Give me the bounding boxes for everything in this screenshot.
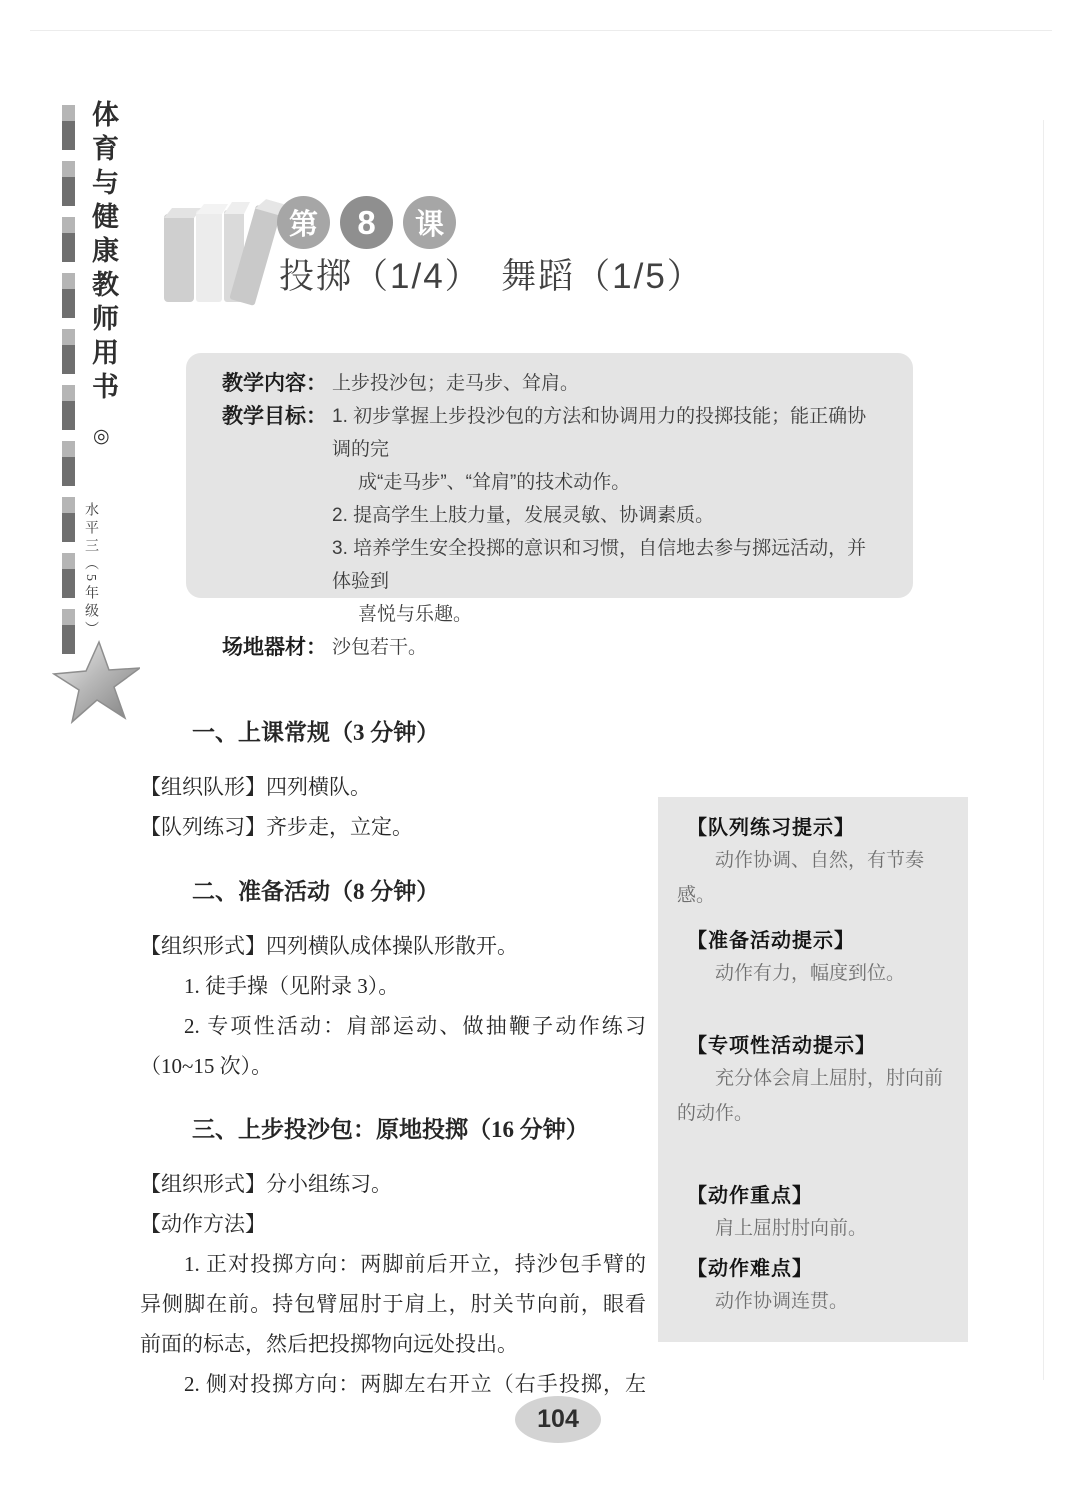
tip-group: 【准备活动提示】 动作有力，幅度到位。 bbox=[677, 926, 953, 991]
tip-body: 动作协调、自然，有节奏感。 bbox=[677, 843, 953, 913]
lesson-badge: 第 8 课 bbox=[277, 196, 456, 249]
body-line: 【队列练习】齐步走，立定。 bbox=[140, 807, 646, 847]
tip-body: 充分体会肩上屈肘，肘向前的动作。 bbox=[677, 1061, 953, 1131]
body-line: 前面的标志，然后把投掷物向远处投出。 bbox=[140, 1324, 646, 1364]
tip-body: 动作有力，幅度到位。 bbox=[677, 956, 953, 991]
tip-group: 【队列练习提示】 动作协调、自然，有节奏感。 bbox=[677, 813, 953, 913]
series-mark: ◎ bbox=[93, 425, 110, 448]
badge-circle-number: 8 bbox=[340, 196, 393, 249]
page-edge-line bbox=[1043, 120, 1044, 1380]
tip-heading: 【专项性活动提示】 bbox=[677, 1031, 953, 1061]
books-icon bbox=[158, 190, 288, 323]
info-line: 喜悦与乐趣。 bbox=[332, 598, 885, 631]
info-row-content: 教学内容： 上步投沙包；走马步、耸肩。 bbox=[222, 367, 885, 400]
info-line: 沙包若干。 bbox=[332, 631, 427, 664]
top-rule bbox=[30, 30, 1052, 31]
tip-body: 肩上屈肘肘向前。 bbox=[677, 1211, 953, 1246]
info-line: 3. 培养学生安全投掷的意识和习惯，自信地去参与掷远活动，并体验到 bbox=[332, 532, 885, 598]
info-line: 1. 初步掌握上步投沙包的方法和协调用力的投掷技能；能正确协调的完 bbox=[332, 400, 885, 466]
tip-group: 【动作难点】 动作协调连贯。 bbox=[677, 1254, 953, 1319]
tip-heading: 【动作难点】 bbox=[677, 1254, 953, 1284]
page-number: 104 bbox=[515, 1396, 601, 1443]
tip-group: 【专项性活动提示】 充分体会肩上屈肘，肘向前的动作。 bbox=[677, 1031, 953, 1131]
teaching-info-box: 教学内容： 上步投沙包；走马步、耸肩。 教学目标： 1. 初步掌握上步投沙包的方… bbox=[186, 353, 913, 598]
lesson-title: 投掷（1/4） 舞蹈（1/5） bbox=[279, 249, 704, 299]
book-page: 体育与健康教师用书 ◎ 水平三（5年级） bbox=[0, 0, 1082, 1508]
body-line: 【动作方法】 bbox=[140, 1204, 646, 1244]
tip-group: 【动作重点】 肩上屈肘肘向前。 bbox=[677, 1181, 953, 1246]
info-row-equipment: 场地器材： 沙包若干。 bbox=[222, 631, 885, 664]
body-line: 【组织形式】四列横队成体操队形散开。 bbox=[140, 926, 646, 966]
section-1-heading: 一、上课常规（3 分钟） bbox=[192, 714, 646, 747]
body-line: 1. 徒手操（见附录 3）。 bbox=[140, 966, 646, 1006]
badge-circle-suffix: 课 bbox=[403, 196, 456, 249]
badge-circle-prefix: 第 bbox=[277, 196, 330, 249]
level-label-vertical: 水平三（5年级） bbox=[80, 502, 100, 639]
tip-heading: 【准备活动提示】 bbox=[677, 926, 953, 956]
info-label: 教学目标： bbox=[222, 400, 332, 631]
info-line: 上步投沙包；走马步、耸肩。 bbox=[332, 367, 579, 400]
info-label: 场地器材： bbox=[222, 631, 332, 664]
body-line: （10~15 次）。 bbox=[140, 1046, 646, 1086]
body-line: 【组织形式】分小组练习。 bbox=[140, 1164, 646, 1204]
section-2-heading: 二、准备活动（8 分钟） bbox=[192, 873, 646, 906]
info-row-goals: 教学目标： 1. 初步掌握上步投沙包的方法和协调用力的投掷技能；能正确协调的完 … bbox=[222, 400, 885, 631]
section-3-heading: 三、上步投沙包：原地投掷（16 分钟） bbox=[192, 1111, 646, 1144]
tip-body: 动作协调连贯。 bbox=[677, 1284, 953, 1319]
star-icon bbox=[52, 638, 140, 731]
sidebar-block-column bbox=[62, 105, 75, 665]
tips-box: 【队列练习提示】 动作协调、自然，有节奏感。 【准备活动提示】 动作有力，幅度到… bbox=[658, 797, 968, 1342]
info-label: 教学内容： bbox=[222, 367, 332, 400]
body-line: 1. 正对投掷方向：两脚前后开立，持沙包手臂的 bbox=[140, 1244, 646, 1284]
body-line: 2. 专项性活动：肩部运动、做抽鞭子动作练习 bbox=[140, 1006, 646, 1046]
lesson-body: 一、上课常规（3 分钟） 【组织队形】四列横队。 【队列练习】齐步走，立定。 二… bbox=[140, 700, 646, 1404]
info-line: 成“走马步”、“耸肩”的技术动作。 bbox=[332, 466, 885, 499]
info-line: 2. 提高学生上肢力量，发展灵敏、协调素质。 bbox=[332, 499, 885, 532]
body-line: 【组织队形】四列横队。 bbox=[140, 767, 646, 807]
body-line: 异侧脚在前。持包臂屈肘于肩上，肘关节向前，眼看 bbox=[140, 1284, 646, 1324]
series-title-vertical: 体育与健康教师用书 bbox=[84, 100, 123, 406]
tip-heading: 【队列练习提示】 bbox=[677, 813, 953, 843]
tip-heading: 【动作重点】 bbox=[677, 1181, 953, 1211]
